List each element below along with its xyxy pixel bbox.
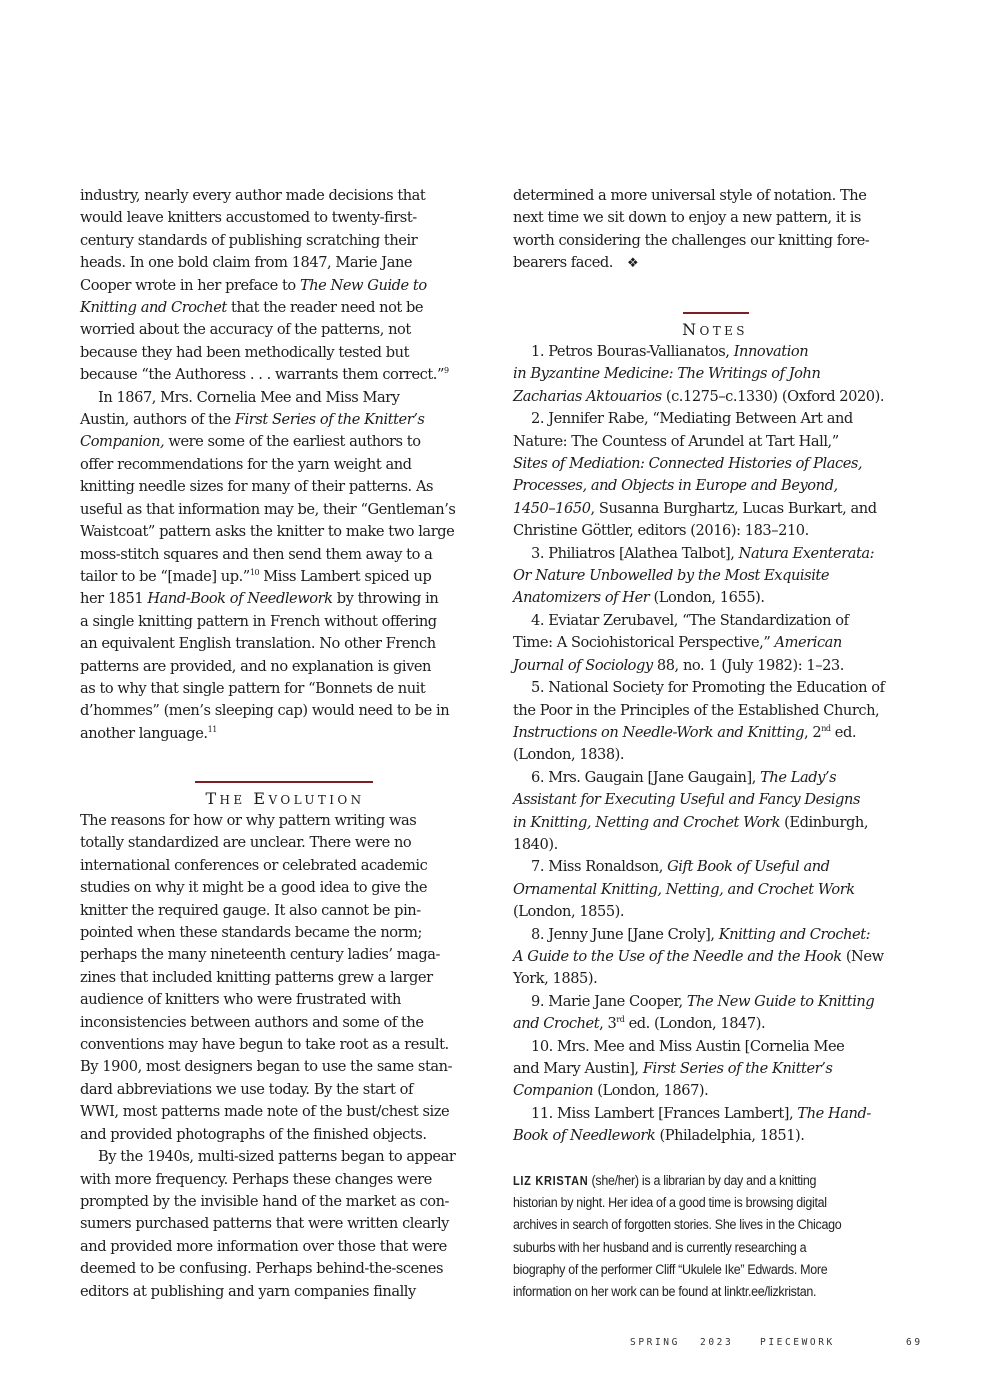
text-line: information on her work can be found at … <box>513 1281 874 1303</box>
text-line: 1840). <box>513 834 921 856</box>
author-bio: LIZ KRISTAN (she/her) is a librarian by … <box>513 1170 874 1303</box>
text-line: (London, 1855). <box>513 901 921 923</box>
text-line: industry, nearly every author made decis… <box>80 185 488 207</box>
text-run: 8. Jenny June [Jane Croly], <box>531 926 719 943</box>
text-line: as to why that single pattern for “Bonne… <box>80 678 488 700</box>
text-line: in Knitting, Netting and Crochet Work (E… <box>513 812 921 834</box>
text-line: deemed to be confusing. Perhaps behind-t… <box>80 1258 488 1280</box>
text-run: 7. Miss Ronaldson, <box>531 858 667 875</box>
text-run: 6. Mrs. Gaugain [Jane Gaugain], <box>531 769 760 786</box>
text-line: in Byzantine Medicine: The Writings of J… <box>513 363 921 385</box>
book-title: First Series of the Knitter’s <box>235 411 425 428</box>
text-run: bearers faced. <box>513 254 613 271</box>
text-line: worried about the accuracy of the patter… <box>80 319 488 341</box>
text-run: , 3 <box>599 1015 616 1032</box>
text-line: knitting needle sizes for many of their … <box>80 476 488 498</box>
end-ornament-icon: ❖ <box>627 256 638 271</box>
text-line: 10. Mrs. Mee and Miss Austin [Cornelia M… <box>513 1036 921 1058</box>
text-line: and Crochet, 3rd ed. (London, 1847). <box>513 1013 921 1035</box>
text-line: By the 1940s, multi-sized patterns began… <box>80 1146 488 1168</box>
text-line: Companion (London, 1867). <box>513 1080 921 1102</box>
text-line: tailor to be “[made] up.”10 Miss Lambert… <box>80 566 488 588</box>
text-run: ed. (London, 1847). <box>624 1015 765 1032</box>
text-line: Christine Göttler, editors (2016): 183–2… <box>513 520 921 542</box>
text-line: Austin, authors of the First Series of t… <box>80 409 488 431</box>
text-line: offer recommendations for the yarn weigh… <box>80 454 488 476</box>
text-line: the Poor in the Principles of the Establ… <box>513 700 921 722</box>
paragraph-reasons: The reasons for how or why pattern writi… <box>80 810 488 1146</box>
book-title: Processes, and Objects in Europe and Bey… <box>513 477 838 494</box>
text-line: Ornamental Knitting, Netting, and Croche… <box>513 879 921 901</box>
book-title: The New Guide to Knitting <box>687 993 874 1010</box>
text-run: (c.1275–c.1330) (Oxford 2020). <box>662 388 884 405</box>
text-line: totally standardized are unclear. There … <box>80 832 488 854</box>
book-title: Book of Needlework <box>513 1127 655 1144</box>
note-4: 4. Eviatar Zerubavel, “The Standardizati… <box>513 610 921 677</box>
text-line: determined a more universal style of not… <box>513 185 921 207</box>
text-run: 88, no. 1 (July 1982): 1–23. <box>653 657 844 674</box>
text-line: 3. Philiatros [Alathea Talbot], Natura E… <box>513 543 921 565</box>
text-run: by throwing in <box>333 590 439 607</box>
text-line: In 1867, Mrs. Cornelia Mee and Miss Mary <box>80 387 488 409</box>
author-name: LIZ KRISTAN <box>513 1174 588 1188</box>
text-run: Miss Lambert spiced up <box>259 568 431 585</box>
text-line: and Mary Austin], First Series of the Kn… <box>513 1058 921 1080</box>
book-title: Instructions on Needle-Work and Knitting <box>513 724 804 741</box>
text-run: Austin, authors of the <box>80 411 235 428</box>
footer-season: SPRING <box>630 1337 680 1348</box>
text-line: A Guide to the Use of the Needle and the… <box>513 946 921 968</box>
heading-cap: E <box>253 789 268 808</box>
book-title: The New Guide to <box>300 277 427 294</box>
text-line: 1450–1650, Susanna Burghartz, Lucas Burk… <box>513 498 921 520</box>
text-line: 5. National Society for Promoting the Ed… <box>513 677 921 699</box>
paragraph-conclusion: determined a more universal style of not… <box>513 185 921 276</box>
book-title: and Crochet <box>513 1015 599 1032</box>
note-3: 3. Philiatros [Alathea Talbot], Natura E… <box>513 543 921 610</box>
text-line: next time we sit down to enjoy a new pat… <box>513 207 921 229</box>
book-title: Anatomizers of Her <box>513 589 649 606</box>
text-line: her 1851 Hand-Book of Needlework by thro… <box>80 588 488 610</box>
page-number: 69 <box>906 1337 923 1348</box>
text-run: 3. Philiatros [Alathea Talbot], <box>531 545 739 562</box>
text-line: 2. Jennifer Rabe, “Mediating Between Art… <box>513 408 921 430</box>
text-run: 9. Marie Jane Cooper, <box>531 993 687 1010</box>
paragraph-continued: industry, nearly every author made decis… <box>80 185 488 387</box>
text-line: 7. Miss Ronaldson, Gift Book of Useful a… <box>513 856 921 878</box>
book-title: Innovation <box>734 343 809 360</box>
book-title: Natura Exenterata: <box>739 545 875 562</box>
text-line: biography of the performer Cliff “Ukulel… <box>513 1259 874 1281</box>
text-line: Time: A Sociohistorical Perspective,” Am… <box>513 632 921 654</box>
note-11: 11. Miss Lambert [Frances Lambert], The … <box>513 1103 921 1148</box>
text-line: another language.11 <box>80 723 488 745</box>
text-line: Waistcoat” pattern asks the knitter to m… <box>80 521 488 543</box>
paragraph-1940s: By the 1940s, multi-sized patterns began… <box>80 1146 488 1303</box>
text-line: useful as that information may be, their… <box>80 499 488 521</box>
book-title: Ornamental Knitting, Netting, and Croche… <box>513 881 855 898</box>
text-line: 11. Miss Lambert [Frances Lambert], The … <box>513 1103 921 1125</box>
text-run: Time: A Sociohistorical Perspective,” <box>513 634 775 651</box>
book-title: Zacharias Aktouarios <box>513 388 662 405</box>
book-title: Knitting and Crochet: <box>719 926 870 943</box>
heading-smallcaps: OTES <box>699 324 747 338</box>
text-line: heads. In one bold claim from 1847, Mari… <box>80 252 488 274</box>
text-line: pointed when these standards became the … <box>80 922 488 944</box>
book-title: Sites of Mediation: Connected Histories … <box>513 455 862 472</box>
text-line: a single knitting pattern in French with… <box>80 611 488 633</box>
text-line: because “the Authoress . . . warrants th… <box>80 364 488 386</box>
footnote-ref-11: 11 <box>208 725 217 734</box>
section-heading-notes: NOTES <box>640 320 790 339</box>
book-title: Companion, <box>80 433 164 450</box>
text-line: international conferences or celebrated … <box>80 855 488 877</box>
book-title: First Series of the Knitter’s <box>643 1060 833 1077</box>
text-line: historian by night. Her idea of a good t… <box>513 1192 874 1214</box>
text-line: Anatomizers of Her (London, 1655). <box>513 587 921 609</box>
notes-divider-rule <box>683 312 749 314</box>
footer-year: 2023 <box>700 1337 733 1348</box>
text-line: Zacharias Aktouarios (c.1275–c.1330) (Ox… <box>513 386 921 408</box>
text-line: with more frequency. Perhaps these chang… <box>80 1169 488 1191</box>
notes-list: 1. Petros Bouras-Vallianatos, Innovation… <box>513 341 921 1148</box>
book-title: The Hand- <box>797 1105 870 1122</box>
book-title: in Byzantine Medicine: The Writings of J… <box>513 365 820 382</box>
text-line: studies on why it might be a good idea t… <box>80 877 488 899</box>
paragraph-1867: In 1867, Mrs. Cornelia Mee and Miss Mary… <box>80 387 488 746</box>
book-title: The Lady’s <box>760 769 836 786</box>
section-heading-the-evolution: THE EVOLUTION <box>160 789 410 808</box>
text-line: archives in search of forgotten stories.… <box>513 1214 874 1236</box>
note-1: 1. Petros Bouras-Vallianatos, Innovation… <box>513 341 921 408</box>
text-run: and Mary Austin], <box>513 1060 643 1077</box>
text-run: (Edinburgh, <box>780 814 868 831</box>
text-line: moss-stitch squares and then send them a… <box>80 544 488 566</box>
left-column-evolution: The reasons for how or why pattern writi… <box>80 810 488 1303</box>
text-run: , Susanna Burghartz, Lucas Burkart, and <box>591 500 877 517</box>
text-line: conventions may have begun to take root … <box>80 1034 488 1056</box>
text-line: Or Nature Unbowelled by the Most Exquisi… <box>513 565 921 587</box>
text-line: century standards of publishing scratchi… <box>80 230 488 252</box>
book-title: American <box>775 634 842 651</box>
text-line: LIZ KRISTAN (she/her) is a librarian by … <box>513 1170 874 1192</box>
text-line: York, 1885). <box>513 968 921 990</box>
note-10: 10. Mrs. Mee and Miss Austin [Cornelia M… <box>513 1036 921 1103</box>
text-line: Sites of Mediation: Connected Histories … <box>513 453 921 475</box>
text-line: Instructions on Needle-Work and Knitting… <box>513 722 921 744</box>
text-run: 11. Miss Lambert [Frances Lambert], <box>531 1105 797 1122</box>
ordinal-suffix: nd <box>821 724 830 733</box>
text-line: Book of Needlework (Philadelphia, 1851). <box>513 1125 921 1147</box>
book-title: Gift Book of Useful and <box>667 858 829 875</box>
book-title: in Knitting, Netting and Crochet Work <box>513 814 780 831</box>
text-run: her 1851 <box>80 590 147 607</box>
text-run: another language. <box>80 725 208 742</box>
text-line: Journal of Sociology 88, no. 1 (July 198… <box>513 655 921 677</box>
text-run: Cooper wrote in her preface to <box>80 277 300 294</box>
text-run: (London, 1867). <box>593 1082 708 1099</box>
text-line: (London, 1838). <box>513 744 921 766</box>
book-title: Companion <box>513 1082 593 1099</box>
text-line: because they had been methodically teste… <box>80 342 488 364</box>
note-2: 2. Jennifer Rabe, “Mediating Between Art… <box>513 408 921 542</box>
text-line: perhaps the many nineteenth century ladi… <box>80 944 488 966</box>
text-line: knitter the required gauge. It also cann… <box>80 900 488 922</box>
book-title: Knitting and Crochet <box>80 299 227 316</box>
heading-cap: N <box>682 320 699 339</box>
text-line: 6. Mrs. Gaugain [Jane Gaugain], The Lady… <box>513 767 921 789</box>
text-line: 4. Eviatar Zerubavel, “The Standardizati… <box>513 610 921 632</box>
text-line: audience of knitters who were frustrated… <box>80 989 488 1011</box>
left-column: industry, nearly every author made decis… <box>80 185 488 745</box>
text-line: 8. Jenny June [Jane Croly], Knitting and… <box>513 924 921 946</box>
text-line: 9. Marie Jane Cooper, The New Guide to K… <box>513 991 921 1013</box>
text-line: d’hommes” (men’s sleeping cap) would nee… <box>80 700 488 722</box>
text-run: , 2 <box>804 724 821 741</box>
text-line: sumers purchased patterns that were writ… <box>80 1213 488 1235</box>
text-line: bearers faced.❖ <box>513 252 921 275</box>
text-line: and provided photographs of the finished… <box>80 1124 488 1146</box>
text-run: ed. <box>831 724 856 741</box>
book-title: Assistant for Executing Useful and Fancy… <box>513 791 860 808</box>
text-run: (she/her) is a librarian by day and a kn… <box>588 1173 816 1189</box>
text-line: Knitting and Crochet that the reader nee… <box>80 297 488 319</box>
heading-cap: T <box>205 789 219 808</box>
book-title: A Guide to the Use of the Needle and the… <box>513 948 842 965</box>
text-line: inconsistencies between authors and some… <box>80 1012 488 1034</box>
text-line: WWI, most patterns made note of the bust… <box>80 1101 488 1123</box>
note-5: 5. National Society for Promoting the Ed… <box>513 677 921 767</box>
footnote-ref-9: 9 <box>444 366 449 375</box>
footnote-ref-10: 10 <box>250 568 259 577</box>
text-line: editors at publishing and yarn companies… <box>80 1281 488 1303</box>
note-6: 6. Mrs. Gaugain [Jane Gaugain], The Lady… <box>513 767 921 857</box>
heading-smallcaps: VOLUTION <box>269 793 365 807</box>
text-line: an equivalent English translation. No ot… <box>80 633 488 655</box>
book-title: 1450–1650 <box>513 500 591 517</box>
book-title: Or Nature Unbowelled by the Most Exquisi… <box>513 567 829 584</box>
text-run: (London, 1655). <box>649 589 764 606</box>
text-line: Companion, were some of the earliest aut… <box>80 431 488 453</box>
note-8: 8. Jenny June [Jane Croly], Knitting and… <box>513 924 921 991</box>
footer-magazine: PIECEWORK <box>760 1337 835 1348</box>
section-divider-rule <box>195 781 373 783</box>
text-run: that the reader need not be <box>227 299 423 316</box>
text-line: prompted by the invisible hand of the ma… <box>80 1191 488 1213</box>
text-line: suburbs with her husband and is currentl… <box>513 1237 874 1259</box>
text-run: (New <box>842 948 884 965</box>
text-run: were some of the earliest authors to <box>164 433 420 450</box>
book-title: Journal of Sociology <box>513 657 653 674</box>
book-title: Hand-Book of Needlework <box>147 590 332 607</box>
text-line: The reasons for how or why pattern writi… <box>80 810 488 832</box>
text-run: (Philadelphia, 1851). <box>655 1127 804 1144</box>
text-run: tailor to be “[made] up.” <box>80 568 250 585</box>
text-line: worth considering the challenges our kni… <box>513 230 921 252</box>
right-column: determined a more universal style of not… <box>513 185 921 276</box>
text-line: Processes, and Objects in Europe and Bey… <box>513 475 921 497</box>
text-line: Cooper wrote in her preface to The New G… <box>80 275 488 297</box>
text-run: 1. Petros Bouras-Vallianatos, <box>531 343 734 360</box>
text-line: Nature: The Countess of Arundel at Tart … <box>513 431 921 453</box>
text-line: and provided more information over those… <box>80 1236 488 1258</box>
text-line: Assistant for Executing Useful and Fancy… <box>513 789 921 811</box>
text-line: would leave knitters accustomed to twent… <box>80 207 488 229</box>
text-line: zines that included knitting patterns gr… <box>80 967 488 989</box>
heading-smallcaps: HE <box>220 793 246 807</box>
text-line: 1. Petros Bouras-Vallianatos, Innovation <box>513 341 921 363</box>
note-7: 7. Miss Ronaldson, Gift Book of Useful a… <box>513 856 921 923</box>
text-line: By 1900, most designers began to use the… <box>80 1056 488 1078</box>
text-run: because “the Authoress . . . warrants th… <box>80 366 444 383</box>
text-line: dard abbreviations we use today. By the … <box>80 1079 488 1101</box>
note-9: 9. Marie Jane Cooper, The New Guide to K… <box>513 991 921 1036</box>
text-line: patterns are provided, and no explanatio… <box>80 656 488 678</box>
